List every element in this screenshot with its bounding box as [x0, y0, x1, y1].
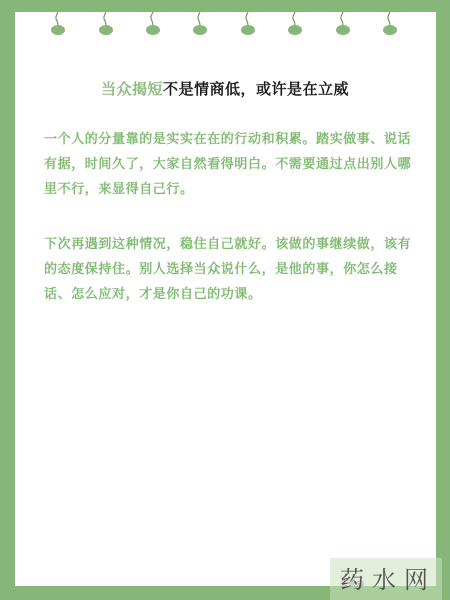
- page-title: 当众揭短不是情商低，或许是在立威: [0, 78, 450, 99]
- paragraph-2: 下次再遇到这种情况，稳住自己就好。该做的事继续做，该有的态度保持住。别人选择当众…: [44, 232, 414, 307]
- binder-ring-icon: [240, 12, 256, 36]
- title-rest: 不是情商低，或许是在立威: [163, 80, 349, 98]
- binder-ring-icon: [192, 12, 208, 36]
- binder-ring-icon: [145, 12, 161, 36]
- binder-ring-icon: [287, 12, 303, 36]
- binder-ring-icon: [98, 12, 114, 36]
- paragraph-1: 一个人的分量靠的是实实在在的行动和积累。踏实做事、说话有据，时间久了，大家自然看…: [44, 127, 414, 202]
- binder-ring-icon: [335, 12, 351, 36]
- title-highlight: 当众揭短: [101, 80, 163, 98]
- binder-ring-icon: [382, 12, 398, 36]
- binder-ring-icon: [50, 12, 66, 36]
- watermark-logo: 药水网: [340, 560, 436, 595]
